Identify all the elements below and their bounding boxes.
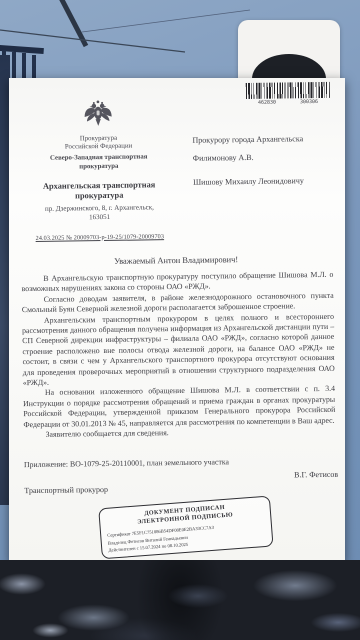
signature-block: В.Г. Фетисов Транспортный прокурор (24, 470, 338, 474)
letterhead-office-line2: прокуратура (15, 190, 183, 203)
addressee-line3: Шишову Михаилу Леонидовичу (193, 176, 339, 187)
attachment-line: Приложение: ВО-1079-25-20110001, план зе… (24, 457, 229, 469)
digital-signature-stamp: ДОКУМЕНТ ПОДПИСАН ЭЛЕКТРОННОЙ ПОДПИСЬЮ С… (98, 496, 273, 560)
letterhead-org-line4: прокуратура (15, 162, 183, 173)
video-frame: 462830 300306 (0, 0, 360, 640)
coat-of-arms-icon (83, 99, 113, 133)
barcode-digits-left: 462830 (258, 100, 276, 106)
addressee-line1: Прокурору города Архангельска (192, 134, 338, 145)
barcode-bars (246, 82, 330, 99)
signer-name: В.Г. Фетисов (294, 470, 338, 480)
letterhead-org-line2: Российской Федерации (15, 142, 183, 153)
addressee-block: Прокурору города Архангельска Филимонову… (192, 134, 339, 187)
paragraph-3: Архангельским транспортным прокурором в … (22, 311, 335, 388)
paragraph-4: На основании изложенного обращение Шишов… (23, 384, 336, 430)
salutation: Уважаемый Антон Владимирович! (8, 254, 344, 268)
barcode: 462830 300306 (246, 82, 330, 106)
background-rocky-ground (0, 560, 360, 640)
letter-body: В Архангельскую транспортную прокуратуру… (21, 270, 335, 441)
scanned-letter: 462830 300306 (9, 78, 345, 563)
letterhead: Прокуратура Российской Федерации Северо-… (14, 98, 184, 242)
signer-title: Транспортный прокурор (24, 485, 108, 495)
letterhead-address-line2: 163051 (15, 212, 183, 223)
addressee-line2: Филимонову А.В. (193, 152, 339, 163)
letter-reference-number: 24.03.2025 № 20009703-р-19-25/1079-20009… (16, 233, 184, 242)
barcode-digits-right: 300306 (300, 99, 318, 105)
